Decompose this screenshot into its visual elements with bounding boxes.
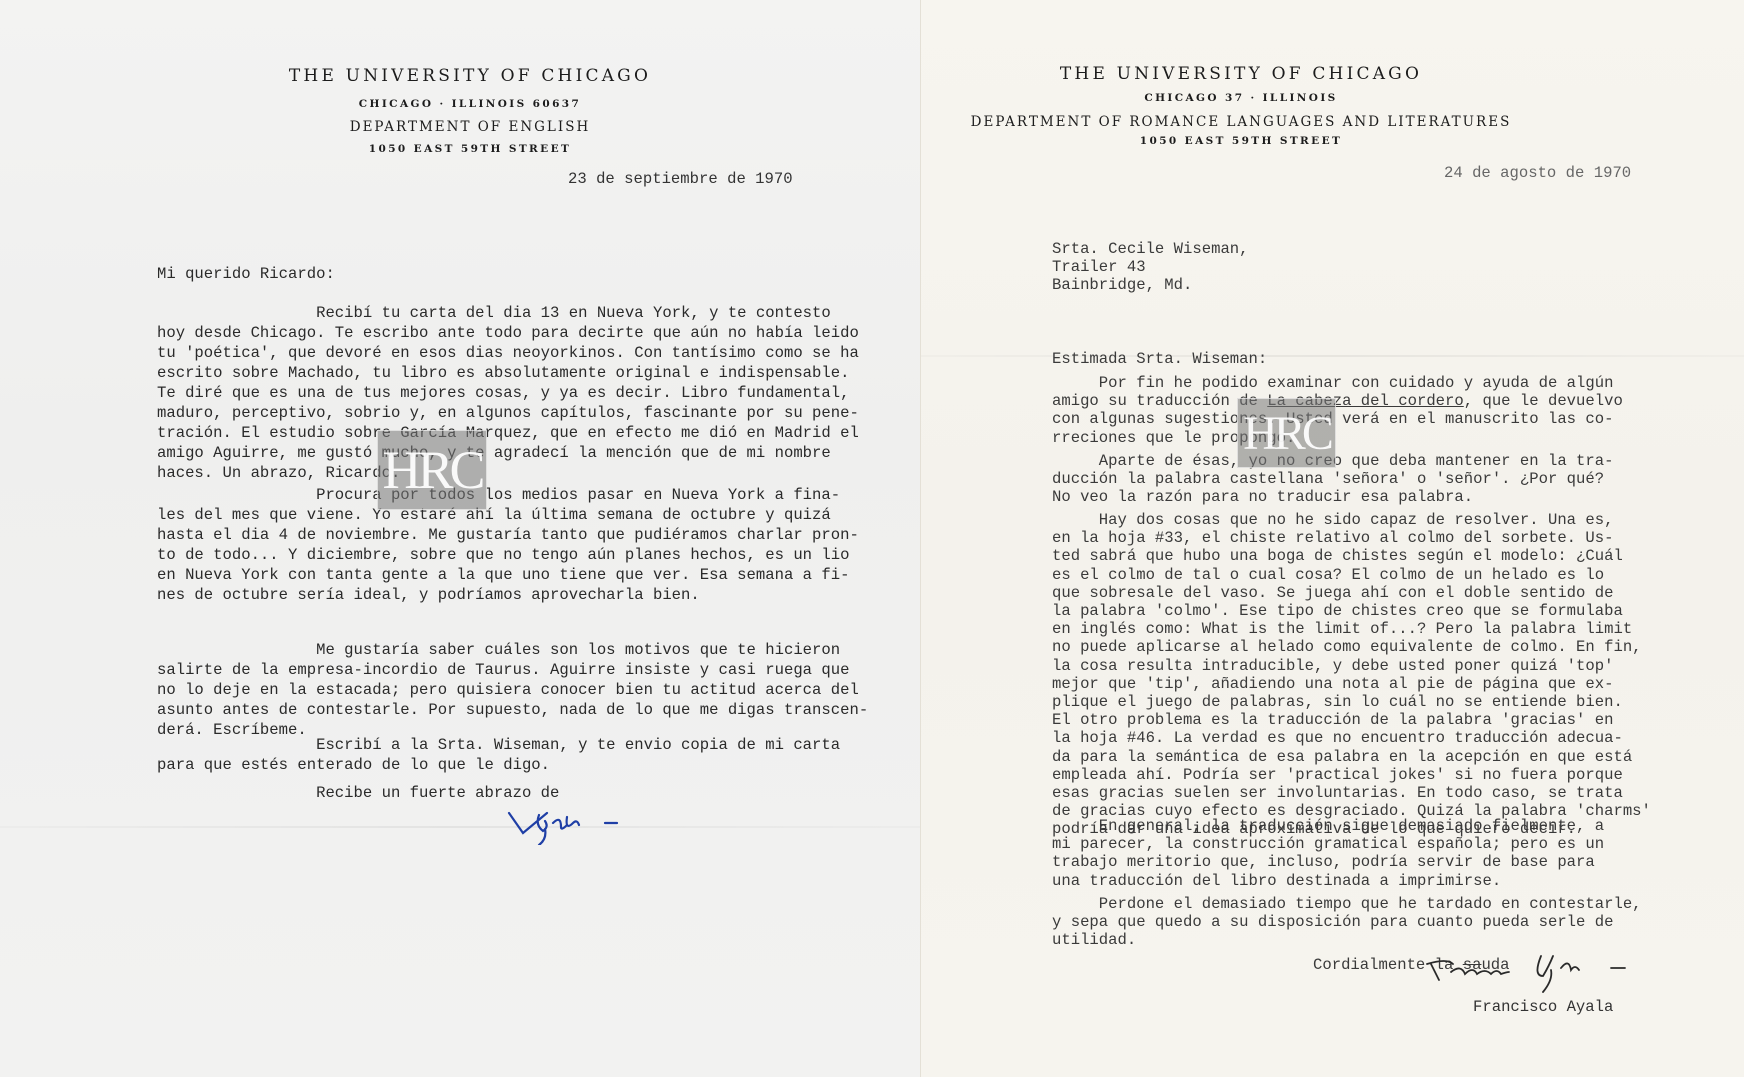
- handwritten-signature: [505, 805, 625, 845]
- hrc-watermark: HRC: [377, 430, 487, 510]
- letterhead-city: CHICAGO 37 · ILLINOIS: [961, 92, 1521, 104]
- letterhead-institution: THE UNIVERSITY OF CHICAGO: [961, 64, 1521, 84]
- paragraph-1: Recibí tu carta del dia 13 en Nueva York…: [157, 303, 859, 483]
- recipient-address-2: Bainbridge, Md.: [1052, 276, 1192, 294]
- closing: Recibe un fuerte abrazo de: [157, 783, 559, 803]
- right-letter: THE UNIVERSITY OF CHICAGO CHICAGO 37 · I…: [920, 0, 1744, 1077]
- letterhead-address: 1050 EAST 59TH STREET: [961, 135, 1521, 147]
- letterhead-department: DEPARTMENT OF ENGLISH: [200, 119, 740, 135]
- salutation: Mi querido Ricardo:: [157, 264, 335, 284]
- paragraph-1: Por fin he podido examinar con cuidado y…: [1052, 374, 1623, 447]
- letterhead-city: CHICAGO · ILLINOIS 60637: [200, 98, 740, 110]
- letterhead-department: DEPARTMENT OF ROMANCE LANGUAGES AND LITE…: [961, 114, 1521, 130]
- paragraph-3: Me gustaría saber cuáles son los motivos…: [157, 640, 868, 740]
- typed-signature: Francisco Ayala: [1473, 998, 1613, 1016]
- paragraph-5: Perdone el demasiado tiempo que he tarda…: [1052, 895, 1642, 950]
- hrc-watermark: HRC: [1237, 398, 1336, 468]
- salutation: Estimada Srta. Wiseman:: [1052, 350, 1267, 368]
- recipient-address-1: Trailer 43: [1052, 258, 1146, 276]
- paragraph-4: En general, la traducción sigue demasiad…: [1052, 817, 1604, 890]
- recipient-name: Srta. Cecile Wiseman,: [1052, 240, 1249, 258]
- paragraph-2: Procura por todos los medios pasar en Nu…: [157, 485, 859, 605]
- left-letter: THE UNIVERSITY OF CHICAGO CHICAGO · ILLI…: [0, 0, 920, 1077]
- paragraph-3: Hay dos cosas que no he sido capaz de re…: [1052, 511, 1651, 839]
- paper-fold: [921, 355, 1744, 357]
- paper-fold: [0, 826, 920, 828]
- handwritten-signature: [1421, 950, 1641, 995]
- letter-date: 23 de septiembre de 1970: [568, 170, 793, 188]
- letterhead-institution: THE UNIVERSITY OF CHICAGO: [200, 66, 740, 86]
- letterhead-address: 1050 EAST 59TH STREET: [200, 143, 740, 155]
- letter-date: 24 de agosto de 1970: [1444, 164, 1631, 182]
- paragraph-4: Escribí a la Srta. Wiseman, y te envio c…: [157, 735, 840, 775]
